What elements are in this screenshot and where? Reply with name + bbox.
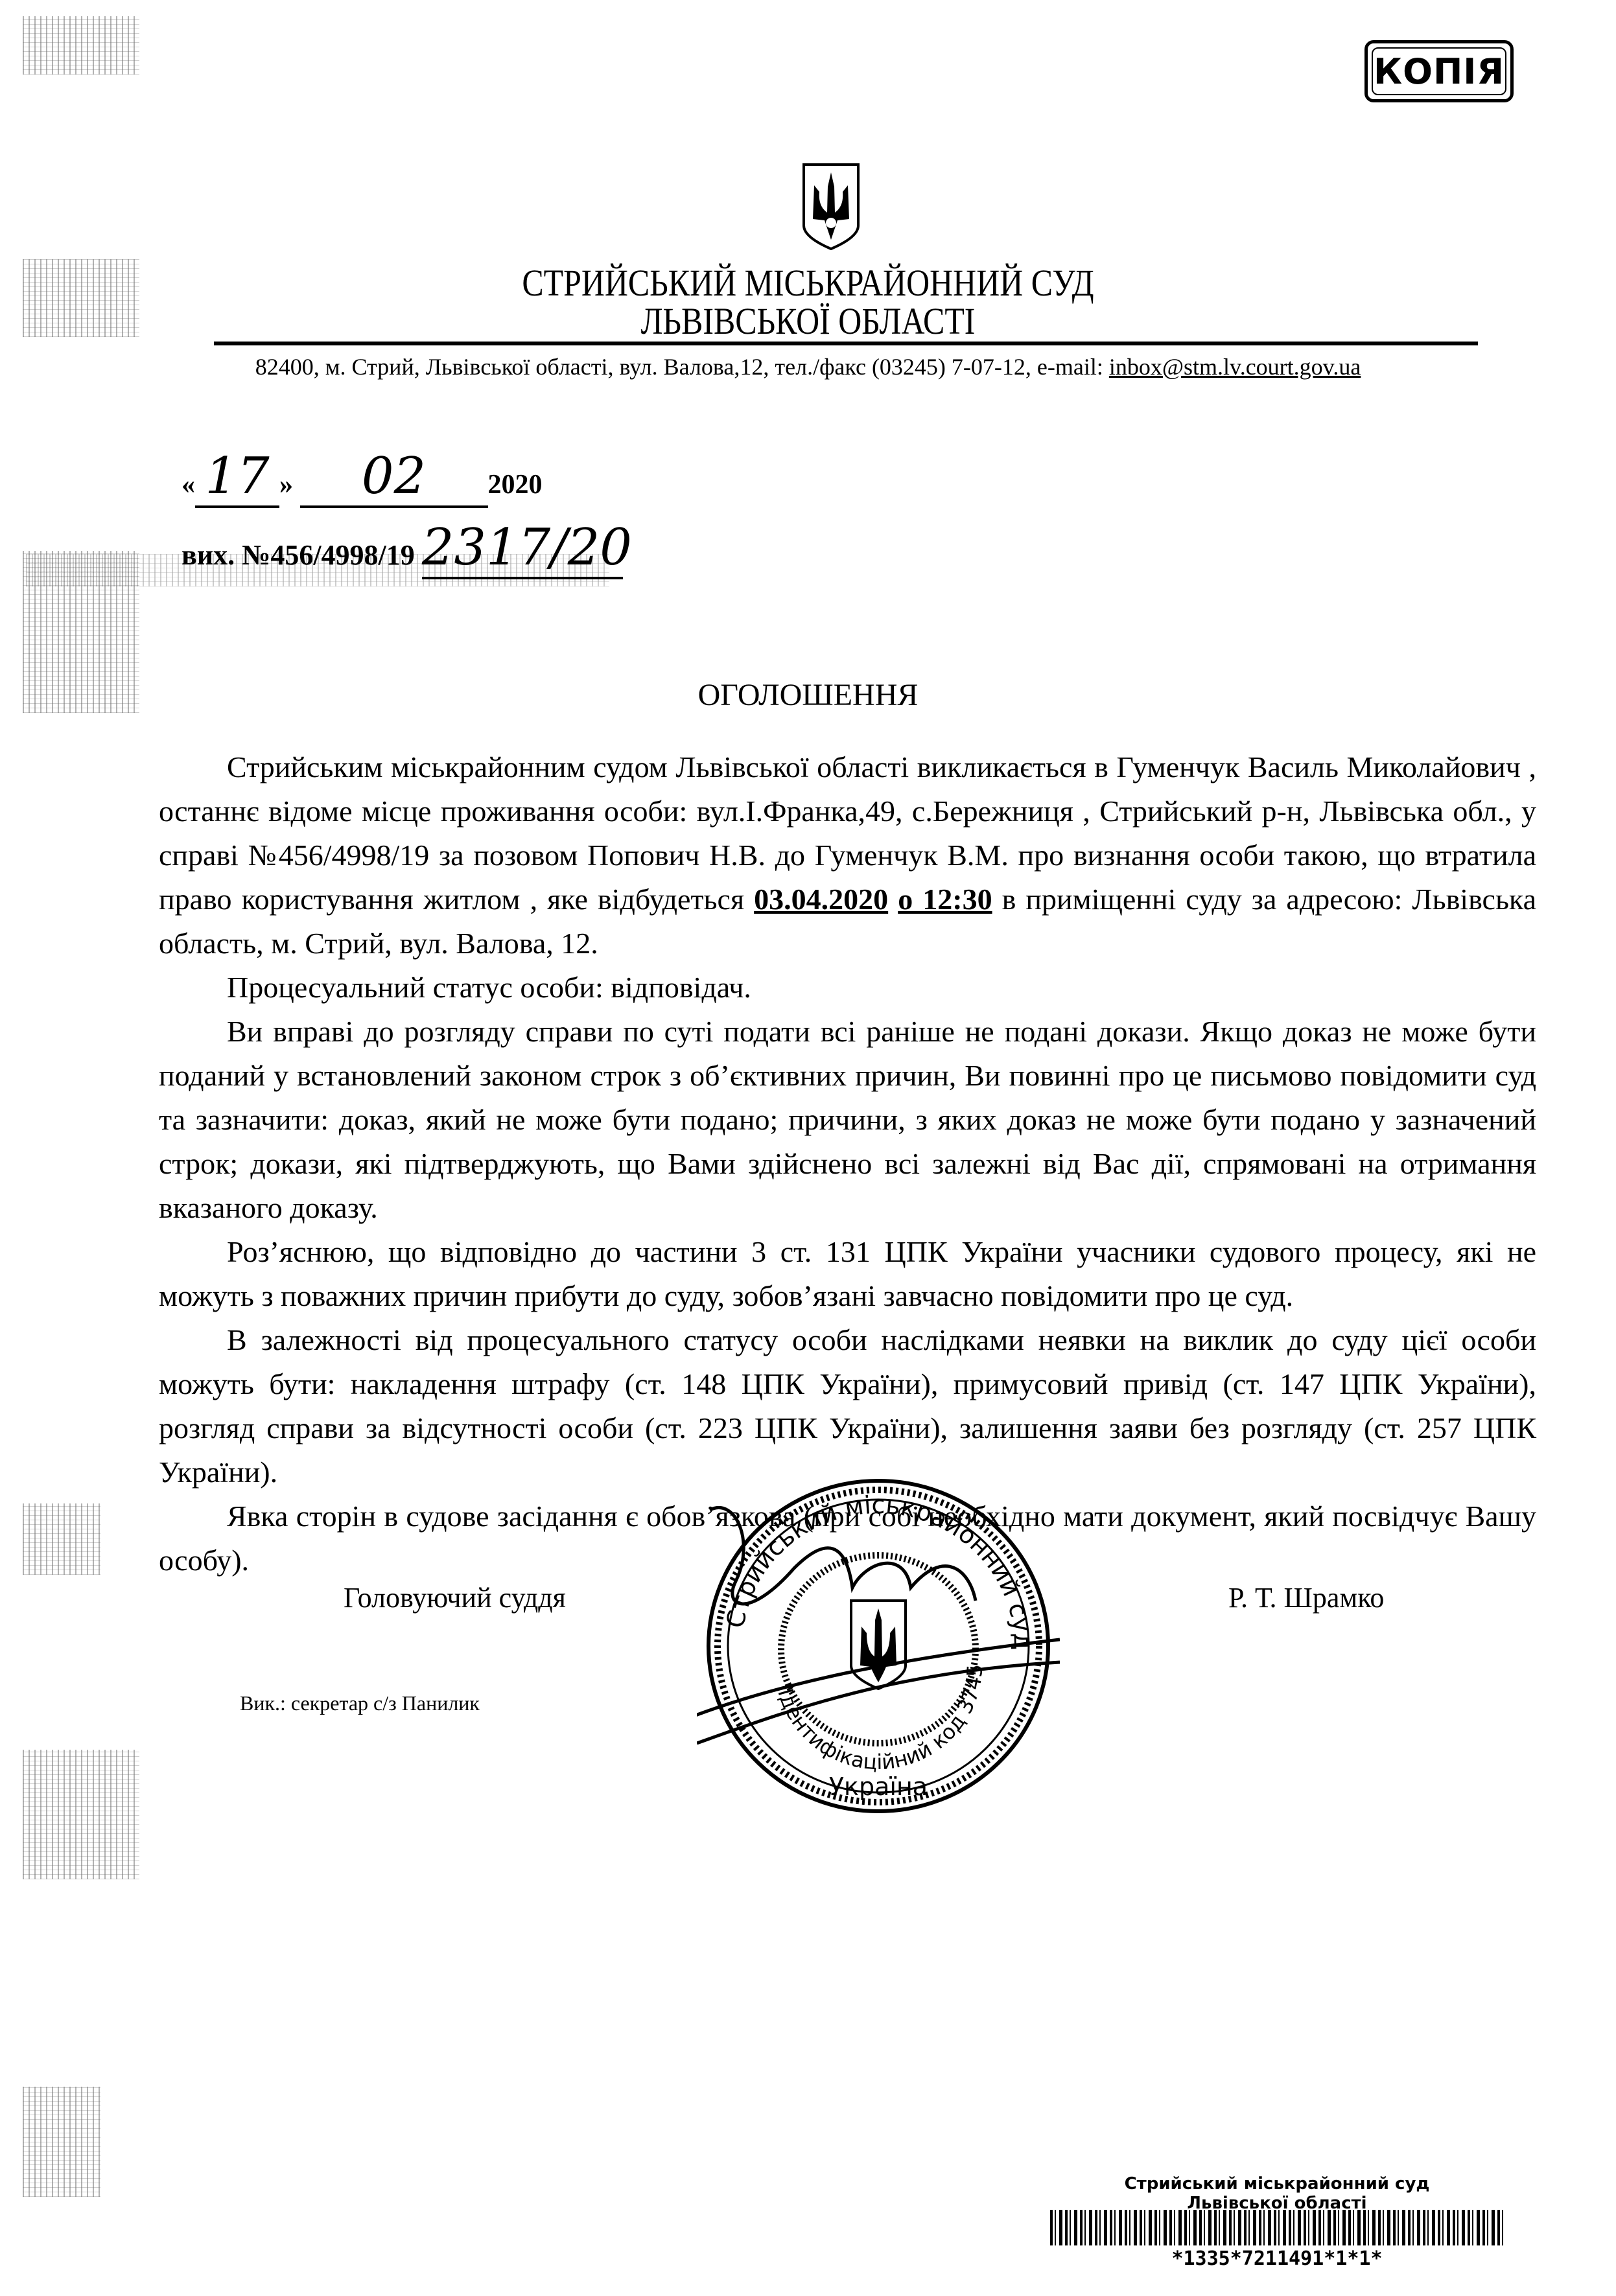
outgoing-prefix: вих. №456/4998/19 bbox=[182, 539, 415, 571]
quote-close: » bbox=[279, 470, 293, 500]
svg-text:Стрийський міськрайонний суд Л: Стрийський міськрайонний суд Львівської … bbox=[697, 1471, 1037, 1651]
copy-stamp: КОПІЯ bbox=[1364, 40, 1514, 102]
copy-stamp-label: КОПІЯ bbox=[1374, 51, 1505, 92]
quote-open: « bbox=[182, 470, 195, 500]
announcement-body: Стрийським міськрайонним судом Львівсько… bbox=[159, 745, 1536, 1583]
outgoing-number: вих. №456/4998/19 2317/20 bbox=[182, 518, 623, 579]
address-text: 82400, м. Стрий, Львівської області, вул… bbox=[255, 354, 1109, 380]
outgoing-handwritten-number: 2317/20 bbox=[422, 518, 623, 579]
court-name-line2: ЛЬВІВСЬКОЇ ОБЛАСТІ bbox=[113, 299, 1503, 343]
barcode-number: *1335*7211491*1*1* bbox=[1076, 2247, 1478, 2270]
email-link[interactable]: inbox@stm.lv.court.gov.ua bbox=[1109, 354, 1361, 380]
scan-noise bbox=[23, 1503, 100, 1575]
scan-noise bbox=[23, 2087, 100, 2197]
barcode-court-name: Стрийський міськрайонний суд Львівської … bbox=[1076, 2174, 1478, 2213]
paragraph-status: Процесуальний статус особи: відповідач. bbox=[159, 966, 1536, 1010]
barcode-court-line1: Стрийський міськрайонний суд bbox=[1076, 2174, 1478, 2194]
document-title: ОГОЛОШЕННЯ bbox=[0, 677, 1616, 713]
signature-role: Головуючий суддя bbox=[344, 1581, 566, 1614]
court-seal-icon: Стрийський міськрайонний суд Львівської … bbox=[697, 1471, 1060, 1821]
paragraph-evidence: Ви вправі до розгляду справи по суті под… bbox=[159, 1010, 1536, 1230]
hearing-time: о 12:30 bbox=[898, 883, 992, 916]
executor-note: Вик.: секретар с/з Панилик bbox=[240, 1691, 480, 1715]
paragraph-summons: Стрийським міськрайонним судом Львівсько… bbox=[159, 745, 1536, 966]
scan-noise bbox=[23, 16, 139, 75]
trident-coat-of-arms-icon bbox=[799, 161, 863, 251]
header-divider bbox=[214, 342, 1478, 345]
court-address: 82400, м. Стрий, Львівської області, вул… bbox=[0, 353, 1616, 380]
date-month: 02 bbox=[300, 447, 488, 508]
spacer bbox=[888, 883, 898, 916]
barcode-icon bbox=[1050, 2210, 1504, 2245]
hearing-date: 03.04.2020 bbox=[754, 883, 888, 916]
paragraph-consequences: В залежності від процесуального статусу … bbox=[159, 1318, 1536, 1494]
signature-name: Р. Т. Шрамко bbox=[1228, 1581, 1384, 1614]
svg-text:Україна: Україна bbox=[829, 1772, 928, 1801]
date-day: 17 bbox=[195, 447, 279, 508]
date-year: 2020 bbox=[488, 470, 543, 500]
scan-noise bbox=[23, 1750, 139, 1879]
court-name-line1: СТРИЙСЬКИЙ МІСЬКРАЙОННИЙ СУД bbox=[113, 261, 1503, 305]
document-date: «17» 022020 bbox=[182, 447, 543, 508]
paragraph-explanation: Роз’яснюю, що відповідно до частини 3 ст… bbox=[159, 1230, 1536, 1318]
